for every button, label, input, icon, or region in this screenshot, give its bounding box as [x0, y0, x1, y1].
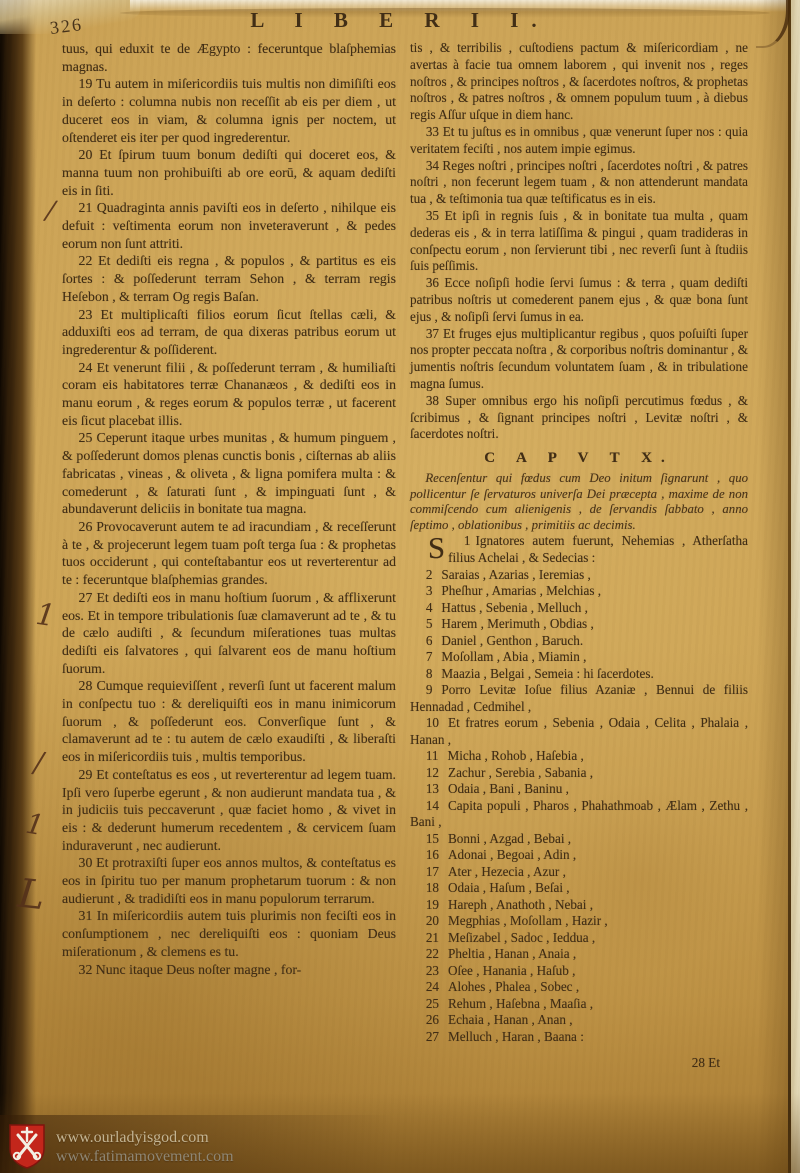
verse-paragraph: tis , & terribilis , cuſtodiens pactum &… — [410, 40, 748, 124]
verse-paragraph: 27 Et dediſti eos in manu hoſtium ſuorum… — [62, 589, 396, 678]
watermark-url-1: www.ourladyisgod.com — [56, 1129, 234, 1147]
verse-line: 18Odaia , Haſum , Beſai , — [410, 880, 748, 897]
verse-line: 6Daniel , Genthon , Baruch. — [410, 633, 748, 650]
verse-paragraph: 21 Quadraginta annis paviſti eos in deſe… — [62, 199, 396, 252]
verse-paragraph: 30 Et protraxiſti ſuper eos annos multos… — [62, 854, 396, 907]
verse-line: 22Pheltia , Hanan , Anaia , — [410, 946, 748, 963]
left-text-column: tuus, qui eduxit te de Ægypto : fecerunt… — [62, 40, 396, 978]
verse-1-paragraph: 1SIgnatores autem fuerunt, Nehemias , At… — [410, 533, 748, 567]
chapter-heading: C A P V T X. — [410, 450, 748, 467]
verse-paragraph: 26 Provocaverunt autem te ad iracundiam … — [62, 518, 396, 589]
margin-pen-mark: / — [44, 196, 56, 227]
verse-paragraph: 19 Tu autem in miſericordiis tuis multis… — [62, 75, 396, 146]
verse-line: 27Melluch , Haran , Baana : — [410, 1029, 748, 1046]
verse-text: Ignatores autem fuerunt, Nehemias , Athe… — [448, 533, 748, 565]
margin-pen-mark: 1 — [34, 597, 58, 634]
right-text-column: tis , & terribilis , cuſtodiens pactum &… — [410, 40, 748, 1072]
name-list: 2Saraias , Azarias , Ieremias , 3Pheſhur… — [410, 567, 748, 1046]
verse-line: 25Rehum , Haſebna , Maaſia , — [410, 996, 748, 1013]
verse-line: 9Porro Levitæ Ioſue filius Azaniæ , Benn… — [410, 682, 748, 715]
verse-paragraph: 23 Et multiplicaſti filios eorum ſicut ſ… — [62, 306, 396, 359]
verse-paragraph: 25 Ceperunt itaque urbes munitas , & hum… — [62, 429, 396, 518]
verse-line: 19Hareph , Anathoth , Nebai , — [410, 897, 748, 914]
verse-line: 2Saraias , Azarias , Ieremias , — [410, 567, 748, 584]
verse-line: 10Et fratres eorum , Sebenia , Odaia , C… — [410, 715, 748, 748]
running-title: L I B E R I I. — [160, 8, 640, 33]
verse-paragraph: 29 Et conteſtatus es eos , ut reverteren… — [62, 766, 396, 855]
verse-line: 7Moſollam , Abia , Miamin , — [410, 649, 748, 666]
verse-line: 11Micha , Rohob , Haſebia , — [410, 748, 748, 765]
catchword: 28 Et — [410, 1055, 748, 1072]
verse-line: 13Odaia , Bani , Baninu , — [410, 781, 748, 798]
verse-line: 15Bonni , Azgad , Bebai , — [410, 831, 748, 848]
verse-line: 14Capita populi , Pharos , Phahathmoab ,… — [410, 798, 748, 831]
verse-paragraph: 36 Ecce noſipſi hodie ſervi ſumus : & te… — [410, 275, 748, 325]
right-edge-shade — [758, 0, 788, 1173]
verse-line: 16Adonai , Begoai , Adin , — [410, 847, 748, 864]
verse-paragraph: 22 Et dediſti eis regna , & populos , & … — [62, 252, 396, 305]
right-column-top: tis , & terribilis , cuſtodiens pactum &… — [410, 40, 748, 443]
chapter-argument: Recenſentur qui fœdus cum Deo initum ſig… — [410, 471, 748, 533]
left-spine-edge — [0, 0, 7, 1173]
verse-line: 3Pheſhur , Amarias , Melchias , — [410, 583, 748, 600]
verse-line: 24Alohes , Phalea , Sobec , — [410, 979, 748, 996]
verse-line: 12Zachur , Serebia , Sabania , — [410, 765, 748, 782]
verse-paragraph: 24 Et venerunt filii , & poſſederunt ter… — [62, 359, 396, 430]
verse-line: 8Maazia , Belgai , Semeia : hi ſacerdote… — [410, 666, 748, 683]
verse-paragraph: 35 Et ipſi in regnis ſuis , & in bonitat… — [410, 208, 748, 275]
verse-paragraph: 37 Et fruges ejus multiplicantur regibus… — [410, 326, 748, 393]
drop-cap: S — [410, 533, 448, 561]
watermark-urls: www.ourladyisgod.com www.fatimamovement.… — [56, 1129, 234, 1169]
verse-line: 26Echaia , Hanan , Anan , — [410, 1012, 748, 1029]
crossed-keys-crest-icon — [8, 1123, 46, 1169]
verse-number: 1 — [464, 533, 471, 548]
book-page-scan: 326 L I B E R I I. tuus, qui eduxit te d… — [0, 0, 800, 1173]
verse-line: 17Ater , Hezecia , Azur , — [410, 864, 748, 881]
verse-paragraph: 20 Et ſpirum tuum bonum dediſti qui doce… — [62, 146, 396, 199]
verse-line: 21Meſizabel , Sadoc , Ieddua , — [410, 930, 748, 947]
watermark-url-2: www.fatimamovement.com — [56, 1148, 234, 1166]
watermark: www.ourladyisgod.com www.fatimamovement.… — [8, 1123, 234, 1169]
page-number: 326 — [49, 14, 84, 39]
verse-line: 4Hattus , Sebenia , Melluch , — [410, 600, 748, 617]
verse-line: 23Oſee , Hanania , Haſub , — [410, 963, 748, 980]
right-page-edge — [791, 0, 800, 1173]
verse-paragraph: 34 Reges noſtri , principes noſtri , ſac… — [410, 158, 748, 208]
verse-paragraph: 32 Nunc itaque Deus noſter magne , for- — [62, 961, 396, 979]
verse-paragraph: 38 Super omnibus ergo his noſipſi percut… — [410, 393, 748, 443]
verse-line: 5Harem , Merimuth , Obdias , — [410, 616, 748, 633]
verse-paragraph: 31 In miſericordiis autem tuis plurimis … — [62, 907, 396, 960]
verse-line: 20Megphias , Moſollam , Hazir , — [410, 913, 748, 930]
verse-paragraph: 28 Cumque requieviſſent , reverſi ſunt u… — [62, 677, 396, 766]
verse-paragraph: tuus, qui eduxit te de Ægypto : fecerunt… — [62, 40, 396, 75]
verse-paragraph: 33 Et tu juſtus es in omnibus , quæ vene… — [410, 124, 748, 158]
